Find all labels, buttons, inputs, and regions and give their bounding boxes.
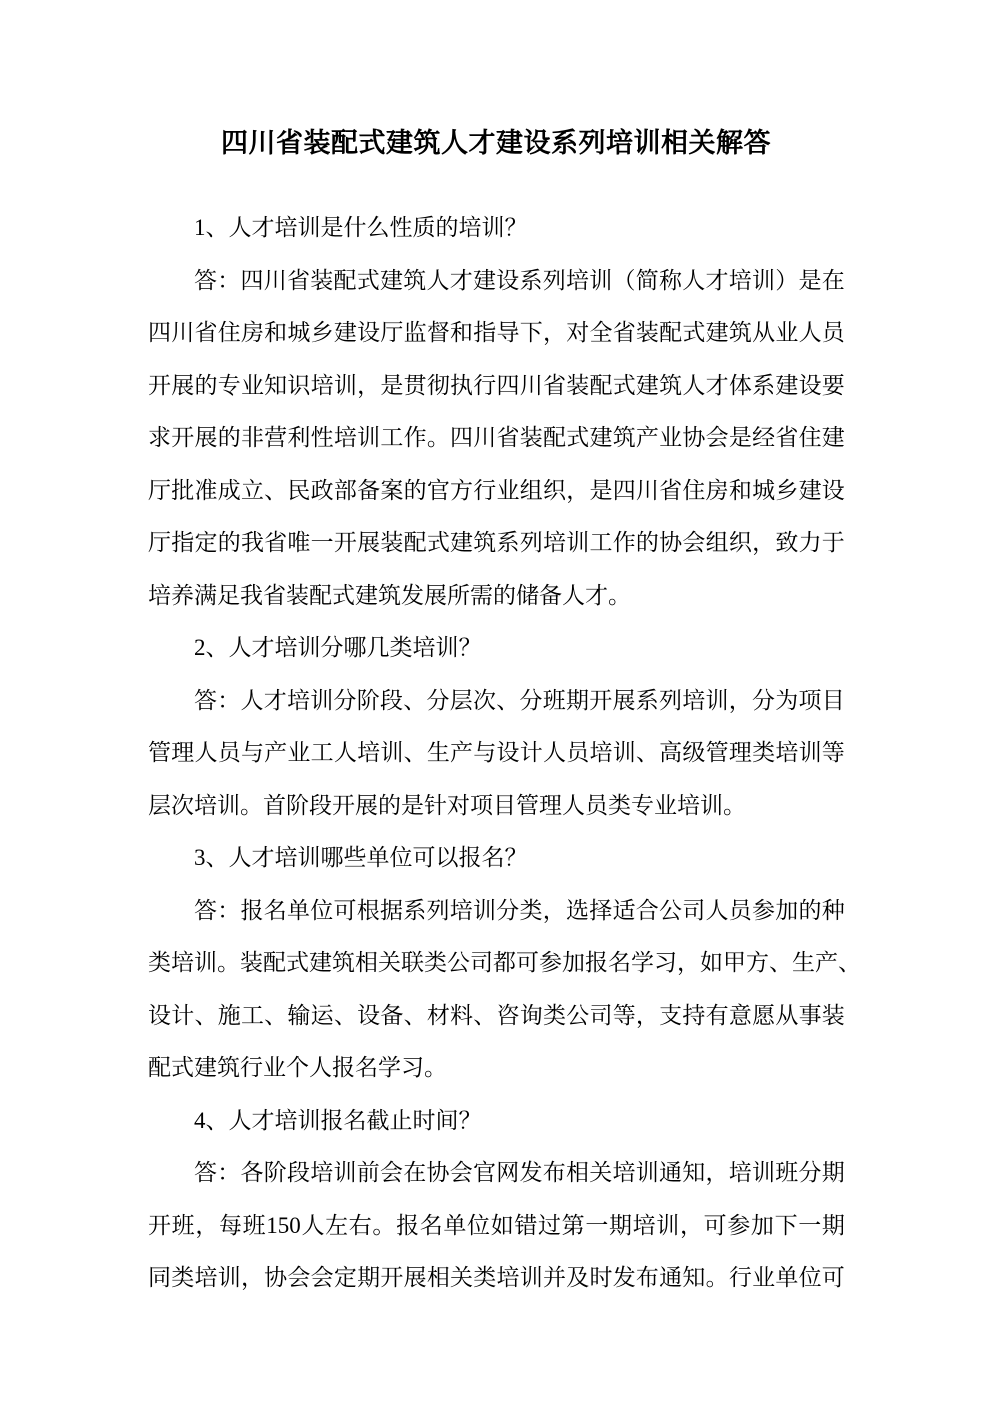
- char: 、: [404, 990, 427, 1043]
- char: 期: [822, 1200, 845, 1253]
- char: 装: [380, 517, 403, 570]
- char: 设: [497, 727, 520, 780]
- char: 省: [194, 307, 217, 360]
- char: 参: [727, 1200, 750, 1253]
- char: 展: [404, 1252, 427, 1305]
- char: 期: [609, 1200, 632, 1253]
- char: 协: [659, 517, 682, 570]
- char: 层: [450, 675, 473, 728]
- char: 要: [822, 360, 845, 413]
- char: 开: [171, 412, 194, 465]
- char: ）: [775, 255, 798, 308]
- char: 识: [287, 360, 310, 413]
- char: 据: [380, 885, 403, 938]
- char: 并: [543, 1252, 566, 1305]
- char: 培: [287, 675, 310, 728]
- char: 布: [543, 1147, 566, 1200]
- char: 司: [589, 990, 612, 1043]
- char: 省: [775, 412, 798, 465]
- char: 关: [589, 1147, 612, 1200]
- char: 可: [334, 885, 357, 938]
- char: 级: [682, 727, 705, 780]
- char: 业: [497, 465, 520, 518]
- char: ，: [566, 465, 589, 518]
- char: 加: [562, 937, 585, 990]
- char: 分: [427, 675, 450, 728]
- char: 指: [171, 517, 194, 570]
- char: 城: [287, 307, 310, 360]
- char: 人: [194, 727, 217, 780]
- char: 官: [473, 1147, 496, 1200]
- char: 配: [589, 360, 612, 413]
- char: 织: [543, 465, 566, 518]
- char: 四: [450, 412, 473, 465]
- char: 的: [194, 360, 217, 413]
- char: 政: [311, 465, 334, 518]
- char: 、: [404, 727, 427, 780]
- char: 展: [194, 412, 217, 465]
- char: 会: [450, 1147, 473, 1200]
- char: 厅: [148, 465, 171, 518]
- char: 产: [450, 727, 473, 780]
- char: 训: [334, 360, 357, 413]
- char: 、: [838, 937, 861, 990]
- char: 开: [334, 517, 357, 570]
- char: 、: [496, 675, 519, 728]
- char: 才: [706, 255, 729, 308]
- char: 川: [636, 465, 659, 518]
- char: 计: [520, 727, 543, 780]
- char: 段: [287, 1147, 310, 1200]
- char: 装: [240, 937, 263, 990]
- char: 备: [357, 465, 380, 518]
- char: 和: [729, 465, 752, 518]
- char: 建: [775, 360, 798, 413]
- char: 系: [752, 360, 775, 413]
- char: 作: [404, 412, 427, 465]
- char: 和: [450, 307, 473, 360]
- char: 一: [798, 1200, 821, 1253]
- char: 人: [301, 1200, 324, 1253]
- char: 培: [310, 1147, 333, 1200]
- document-title: 四川省装配式建筑人才建设系列培训相关解答: [0, 0, 992, 162]
- char: 业: [775, 307, 798, 360]
- char: 在: [822, 255, 845, 308]
- char: 期: [566, 675, 589, 728]
- answer-line: 培养满足我省装配式建筑发展所需的储备人才。: [148, 570, 845, 623]
- char: 阶: [264, 1147, 287, 1200]
- char: 如: [491, 1200, 514, 1253]
- char: 利: [287, 412, 310, 465]
- char: 类: [543, 990, 566, 1043]
- char: 会: [311, 1252, 334, 1305]
- answer-line: 答：报名单位可根据系列培训分类，选择适合公司人员参加的种: [148, 885, 845, 938]
- char: 知: [264, 360, 287, 413]
- char: 司: [682, 885, 705, 938]
- char: 训: [752, 1147, 775, 1200]
- document-body: 1、人才培训是什么性质的培训？答：四川省装配式建筑人才建设系列培训（简称人才培训…: [148, 202, 845, 1305]
- char: 习: [654, 937, 677, 990]
- char: 定: [334, 1252, 357, 1305]
- char: 列: [427, 885, 450, 938]
- answer-line: 答：各阶段培训前会在协会官网发布相关培训通知，培训班分期: [148, 1147, 845, 1200]
- char: 关: [378, 937, 401, 990]
- char: 列: [520, 517, 543, 570]
- char: 列: [659, 675, 682, 728]
- char: 厅: [148, 517, 171, 570]
- char: 种: [822, 885, 845, 938]
- char: 理: [171, 727, 194, 780]
- answer-line: 求开展的非营利性培训工作。四川省装配式建筑产业协会是经省住建: [148, 412, 845, 465]
- char: 。: [217, 937, 240, 990]
- char: 训: [799, 727, 822, 780]
- char: 织: [729, 517, 752, 570]
- char: 的: [799, 885, 822, 938]
- char: 答: [194, 1147, 217, 1200]
- char: 意: [729, 990, 752, 1043]
- char: 工: [380, 412, 403, 465]
- char: 位: [799, 1252, 822, 1305]
- char: 训: [706, 675, 729, 728]
- char: ，: [752, 517, 775, 570]
- char: 的: [218, 412, 241, 465]
- char: 班: [775, 1147, 798, 1200]
- answer-line: 答：人才培训分阶段、分层次、分班期开展系列培训，分为项目: [148, 675, 845, 728]
- answer-line: 开班，每班150人左右。报名单位如错过第一期培训，可参加下一期: [148, 1200, 845, 1253]
- char: 关: [450, 1252, 473, 1305]
- char: 四: [241, 255, 264, 308]
- char: 人: [543, 727, 566, 780]
- char: 答: [194, 675, 217, 728]
- char: 训: [636, 1147, 659, 1200]
- char: 我: [241, 517, 264, 570]
- char: 监: [404, 307, 427, 360]
- char: 、: [264, 990, 287, 1043]
- char: ，: [677, 937, 700, 990]
- char: 位: [310, 885, 333, 938]
- char: 一: [585, 1200, 608, 1253]
- char: 下: [520, 307, 543, 360]
- char: ，: [357, 360, 380, 413]
- char: 训: [194, 937, 217, 990]
- char: 装: [822, 990, 845, 1043]
- char: 组: [706, 517, 729, 570]
- char: 类: [752, 727, 775, 780]
- char: 参: [539, 937, 562, 990]
- char: 方: [450, 465, 473, 518]
- char: 学: [631, 937, 654, 990]
- char: 员: [729, 885, 752, 938]
- char: 会: [682, 517, 705, 570]
- char: 建: [822, 412, 845, 465]
- char: 通: [659, 1252, 682, 1305]
- char: 培: [497, 1252, 520, 1305]
- char: 培: [775, 727, 798, 780]
- char: 项: [799, 675, 822, 728]
- answer-line: 答：四川省装配式建筑人才建设系列培训（简称人才培训）是在: [148, 255, 845, 308]
- char: 培: [171, 937, 194, 990]
- char: 开: [148, 360, 171, 413]
- char: 式: [613, 360, 636, 413]
- char: 相: [355, 937, 378, 990]
- char: 通: [659, 1147, 682, 1200]
- char: 设: [496, 255, 519, 308]
- char: 选: [566, 885, 589, 938]
- char: 行: [473, 360, 496, 413]
- char: 人: [682, 360, 705, 413]
- char: 才: [706, 360, 729, 413]
- char: 建: [334, 307, 357, 360]
- char: 加: [775, 885, 798, 938]
- char: 展: [613, 675, 636, 728]
- char: 于: [822, 517, 845, 570]
- char: 培: [729, 1147, 752, 1200]
- char: 指: [473, 307, 496, 360]
- char: 培: [613, 1147, 636, 1200]
- char: 房: [706, 465, 729, 518]
- char: 从: [752, 307, 775, 360]
- char: 培: [682, 675, 705, 728]
- char: ，: [680, 1200, 703, 1253]
- char: 会: [380, 1147, 403, 1200]
- char: （: [613, 255, 636, 308]
- char: 人: [241, 675, 264, 728]
- char: 人: [682, 255, 705, 308]
- char: 高: [659, 727, 682, 780]
- char: 经: [752, 412, 775, 465]
- char: 筑: [332, 937, 355, 990]
- char: 列: [543, 255, 566, 308]
- char: 式: [566, 412, 589, 465]
- char: 培: [633, 1200, 656, 1253]
- char: 才: [450, 255, 473, 308]
- char: 各: [241, 1147, 264, 1200]
- char: 人: [427, 255, 450, 308]
- char: 配: [659, 307, 682, 360]
- char: 培: [450, 885, 473, 938]
- answer-line: 厅批准成立、民政部备案的官方行业组织，是四川省住房和城乡建设: [148, 465, 845, 518]
- char: ：: [217, 255, 240, 308]
- char: 答: [194, 255, 217, 308]
- char: 知: [682, 1147, 705, 1200]
- char: 相: [566, 1147, 589, 1200]
- char: 咨: [497, 990, 520, 1043]
- char: 与: [473, 727, 496, 780]
- char: 期: [357, 1252, 380, 1305]
- char: 。: [706, 1252, 729, 1305]
- char: 同: [148, 1252, 171, 1305]
- char: 业: [287, 727, 310, 780]
- char: 、: [473, 990, 496, 1043]
- char: 知: [682, 1252, 705, 1305]
- char: 愿: [752, 990, 775, 1043]
- char: 分: [520, 675, 543, 728]
- answer-line: 管理人员与产业工人培训、生产与设计人员培训、高级管理类培训等: [148, 727, 845, 780]
- char: 督: [427, 307, 450, 360]
- char: 班: [172, 1200, 195, 1253]
- char: 阶: [357, 675, 380, 728]
- char: 管: [706, 727, 729, 780]
- char: ，: [195, 1200, 218, 1253]
- char: 人: [799, 307, 822, 360]
- char: 建: [309, 937, 332, 990]
- char: 乡: [775, 465, 798, 518]
- char: 右: [349, 1200, 372, 1253]
- char: 发: [613, 1252, 636, 1305]
- char: 业: [659, 412, 682, 465]
- char: 与: [241, 727, 264, 780]
- char: 员: [822, 307, 845, 360]
- char: 下: [775, 1200, 798, 1253]
- char: 案: [380, 465, 403, 518]
- char: 单: [443, 1200, 466, 1253]
- char: 的: [218, 517, 241, 570]
- char: 执: [450, 360, 473, 413]
- char: 训: [334, 1147, 357, 1200]
- answer-line: 配式建筑行业个人报名学习。: [148, 1042, 845, 1095]
- char: 式: [357, 255, 380, 308]
- char: 住: [218, 307, 241, 360]
- char: 甲: [723, 937, 746, 990]
- char: 持: [682, 990, 705, 1043]
- char: 名: [264, 885, 287, 938]
- char: 川: [171, 307, 194, 360]
- char: 川: [520, 360, 543, 413]
- char: 作: [613, 517, 636, 570]
- char: 系: [403, 885, 426, 938]
- char: 建: [473, 255, 496, 308]
- char: 体: [729, 360, 752, 413]
- char: 乡: [311, 307, 334, 360]
- char: 方: [746, 937, 769, 990]
- char: 料: [450, 990, 473, 1043]
- char: 设: [148, 990, 171, 1043]
- char: 建: [799, 465, 822, 518]
- char: 配: [263, 937, 286, 990]
- char: 开: [148, 1200, 171, 1253]
- char: 、: [194, 990, 217, 1043]
- char: 训: [656, 1200, 679, 1253]
- char: 每: [219, 1200, 242, 1253]
- char: 展: [171, 360, 194, 413]
- char: 对: [566, 307, 589, 360]
- char: 训: [473, 885, 496, 938]
- char: 行: [729, 1252, 752, 1305]
- char: 省: [659, 465, 682, 518]
- char: 类: [171, 1252, 194, 1305]
- char: 产: [815, 937, 838, 990]
- char: 第: [562, 1200, 585, 1253]
- char: 非: [241, 412, 264, 465]
- char: ，: [543, 307, 566, 360]
- char: 是: [589, 465, 612, 518]
- char: 工: [241, 990, 264, 1043]
- char: 、: [636, 727, 659, 780]
- answer-line: 设计、施工、输运、设备、材料、咨询类公司等，支持有意愿从事装: [148, 990, 845, 1043]
- char: 在: [403, 1147, 426, 1200]
- char: 的: [404, 465, 427, 518]
- char: 培: [194, 1252, 217, 1305]
- char: 公: [659, 885, 682, 938]
- char: 产: [264, 727, 287, 780]
- char: 系: [497, 517, 520, 570]
- char: 联: [401, 937, 424, 990]
- char: 工: [311, 727, 334, 780]
- char: 筑: [659, 360, 682, 413]
- char: 是: [799, 255, 822, 308]
- char: 厅: [380, 307, 403, 360]
- char: 组: [520, 465, 543, 518]
- char: 。: [372, 1200, 395, 1253]
- char: ，: [241, 1252, 264, 1305]
- document-page: 四川省装配式建筑人才建设系列培训相关解答 1、人才培训是什么性质的培训？答：四川…: [0, 0, 992, 1404]
- char: 培: [357, 727, 380, 780]
- char: 全: [589, 307, 612, 360]
- char: 会: [287, 1252, 310, 1305]
- char: 省: [264, 517, 287, 570]
- char: 人: [334, 727, 357, 780]
- char: 系: [636, 675, 659, 728]
- char: 管: [148, 727, 171, 780]
- answer-line: 厅指定的我省唯一开展装配式建筑系列培训工作的协会组织，致力于: [148, 517, 845, 570]
- char: 输: [287, 990, 310, 1043]
- char: 装: [310, 255, 333, 308]
- char: 培: [311, 360, 334, 413]
- char: 计: [171, 990, 194, 1043]
- char: 住: [799, 412, 822, 465]
- char: 协: [682, 412, 705, 465]
- char: 位: [467, 1200, 490, 1253]
- char: 员: [218, 727, 241, 780]
- char: 训: [218, 1252, 241, 1305]
- char: 培: [589, 727, 612, 780]
- char: 致: [775, 517, 798, 570]
- char: 报: [396, 1200, 419, 1253]
- char: 施: [218, 990, 241, 1043]
- char: 、: [334, 990, 357, 1043]
- char: 报: [585, 937, 608, 990]
- char: 为: [775, 675, 798, 728]
- char: 支: [659, 990, 682, 1043]
- char: 彻: [427, 360, 450, 413]
- char: 名: [420, 1200, 443, 1253]
- char: 配: [334, 255, 357, 308]
- char: 分: [799, 1147, 822, 1200]
- char: 建: [589, 412, 612, 465]
- char: 从: [775, 990, 798, 1043]
- char: 装: [566, 360, 589, 413]
- char: 式: [682, 307, 705, 360]
- char: 专: [218, 360, 241, 413]
- char: ，: [636, 990, 659, 1043]
- char: 四: [148, 307, 171, 360]
- char: 川: [264, 255, 287, 308]
- char: 过: [538, 1200, 561, 1253]
- question-line: 4、人才培训报名截止时间？: [148, 1095, 845, 1148]
- char: 的: [636, 517, 659, 570]
- char: 理: [729, 727, 752, 780]
- char: 加: [751, 1200, 774, 1253]
- char: 贯: [404, 360, 427, 413]
- char: 训: [380, 727, 403, 780]
- char: 左: [325, 1200, 348, 1253]
- char: 员: [566, 727, 589, 780]
- char: 准: [194, 465, 217, 518]
- char: ，: [729, 675, 752, 728]
- char: 择: [589, 885, 612, 938]
- char: 训: [520, 1252, 543, 1305]
- char: 询: [520, 990, 543, 1043]
